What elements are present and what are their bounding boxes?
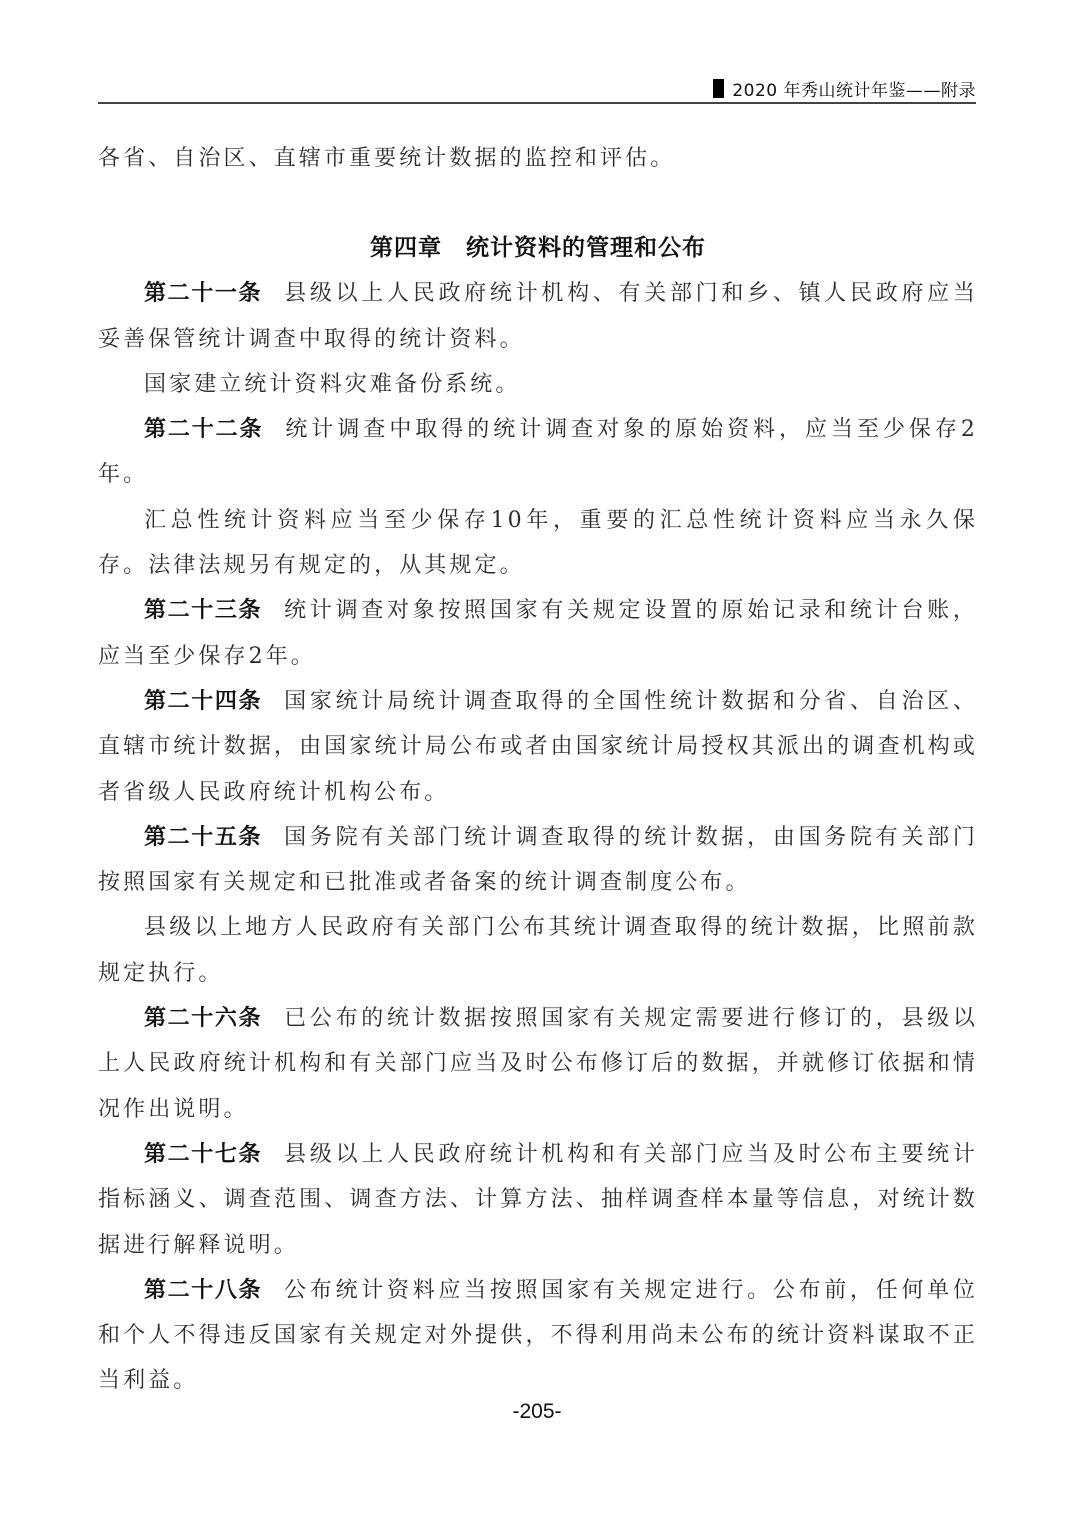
article-label: 第二十六条 — [144, 1005, 262, 1031]
article-label: 第二十五条 — [144, 824, 262, 850]
header-marker-block-icon — [713, 79, 724, 98]
chapter-name: 统计资料的管理和公布 — [466, 235, 706, 261]
article-27: 第二十七条县级以上人民政府统计机构和有关部门应当及时公布主要统计指标涵义、调查范… — [98, 1132, 978, 1268]
article-24: 第二十四条国家统计局统计调查取得的全国性统计数据和分省、自治区、直辖市统计数据，… — [98, 679, 978, 815]
paragraph: 国家建立统计资料灾难备份系统。 — [98, 362, 978, 407]
article-label: 第二十三条 — [144, 597, 262, 623]
article-21: 第二十一条县级以上人民政府统计机构、有关部门和乡、镇人民政府应当妥善保管统计调查… — [98, 271, 978, 362]
article-25: 第二十五条国务院有关部门统计调查取得的统计数据，由国务院有关部门按照国家有关规定… — [98, 815, 978, 906]
running-header: 2020 年秀山统计年鉴——附录 — [98, 74, 976, 104]
paragraph: 县级以上地方人民政府有关部门公布其统计调查取得的统计数据，比照前款规定执行。 — [98, 905, 978, 996]
article-label: 第二十七条 — [144, 1141, 262, 1167]
article-22: 第二十二条统计调查中取得的统计调查对象的原始资料，应当至少保存2年。 — [98, 407, 978, 498]
header-title: 2020 年秀山统计年鉴——附录 — [713, 76, 976, 101]
article-text: 汇总性统计资料应当至少保存10年，重要的汇总性统计资料应当永久保存。法律法规另有… — [98, 508, 978, 578]
page-number: -205- — [0, 1400, 1074, 1424]
page-body: 各省、自治区、直辖市重要统计数据的监控和评估。 第四章统计资料的管理和公布 第二… — [98, 136, 978, 1404]
article-label: 第二十二条 — [144, 416, 263, 442]
chapter-number: 第四章 — [370, 235, 442, 261]
chapter-title: 第四章统计资料的管理和公布 — [98, 225, 978, 271]
carryover-paragraph: 各省、自治区、直辖市重要统计数据的监控和评估。 — [98, 136, 978, 181]
article-text: 县级以上地方人民政府有关部门公布其统计调查取得的统计数据，比照前款规定执行。 — [98, 915, 978, 985]
header-title-text: 2020 年秀山统计年鉴——附录 — [732, 76, 976, 101]
article-23: 第二十三条统计调查对象按照国家有关规定设置的原始记录和统计台账，应当至少保存2年… — [98, 588, 978, 679]
article-text: 国家建立统计资料灾难备份系统。 — [144, 372, 521, 397]
article-label: 第二十八条 — [144, 1277, 262, 1303]
article-28: 第二十八条公布统计资料应当按照国家有关规定进行。公布前，任何单位和个人不得违反国… — [98, 1268, 978, 1404]
article-26: 第二十六条已公布的统计数据按照国家有关规定需要进行修订的，县级以上人民政府统计机… — [98, 996, 978, 1132]
paragraph: 汇总性统计资料应当至少保存10年，重要的汇总性统计资料应当永久保存。法律法规另有… — [98, 498, 978, 589]
article-label: 第二十四条 — [144, 688, 262, 714]
article-label: 第二十一条 — [144, 280, 262, 306]
